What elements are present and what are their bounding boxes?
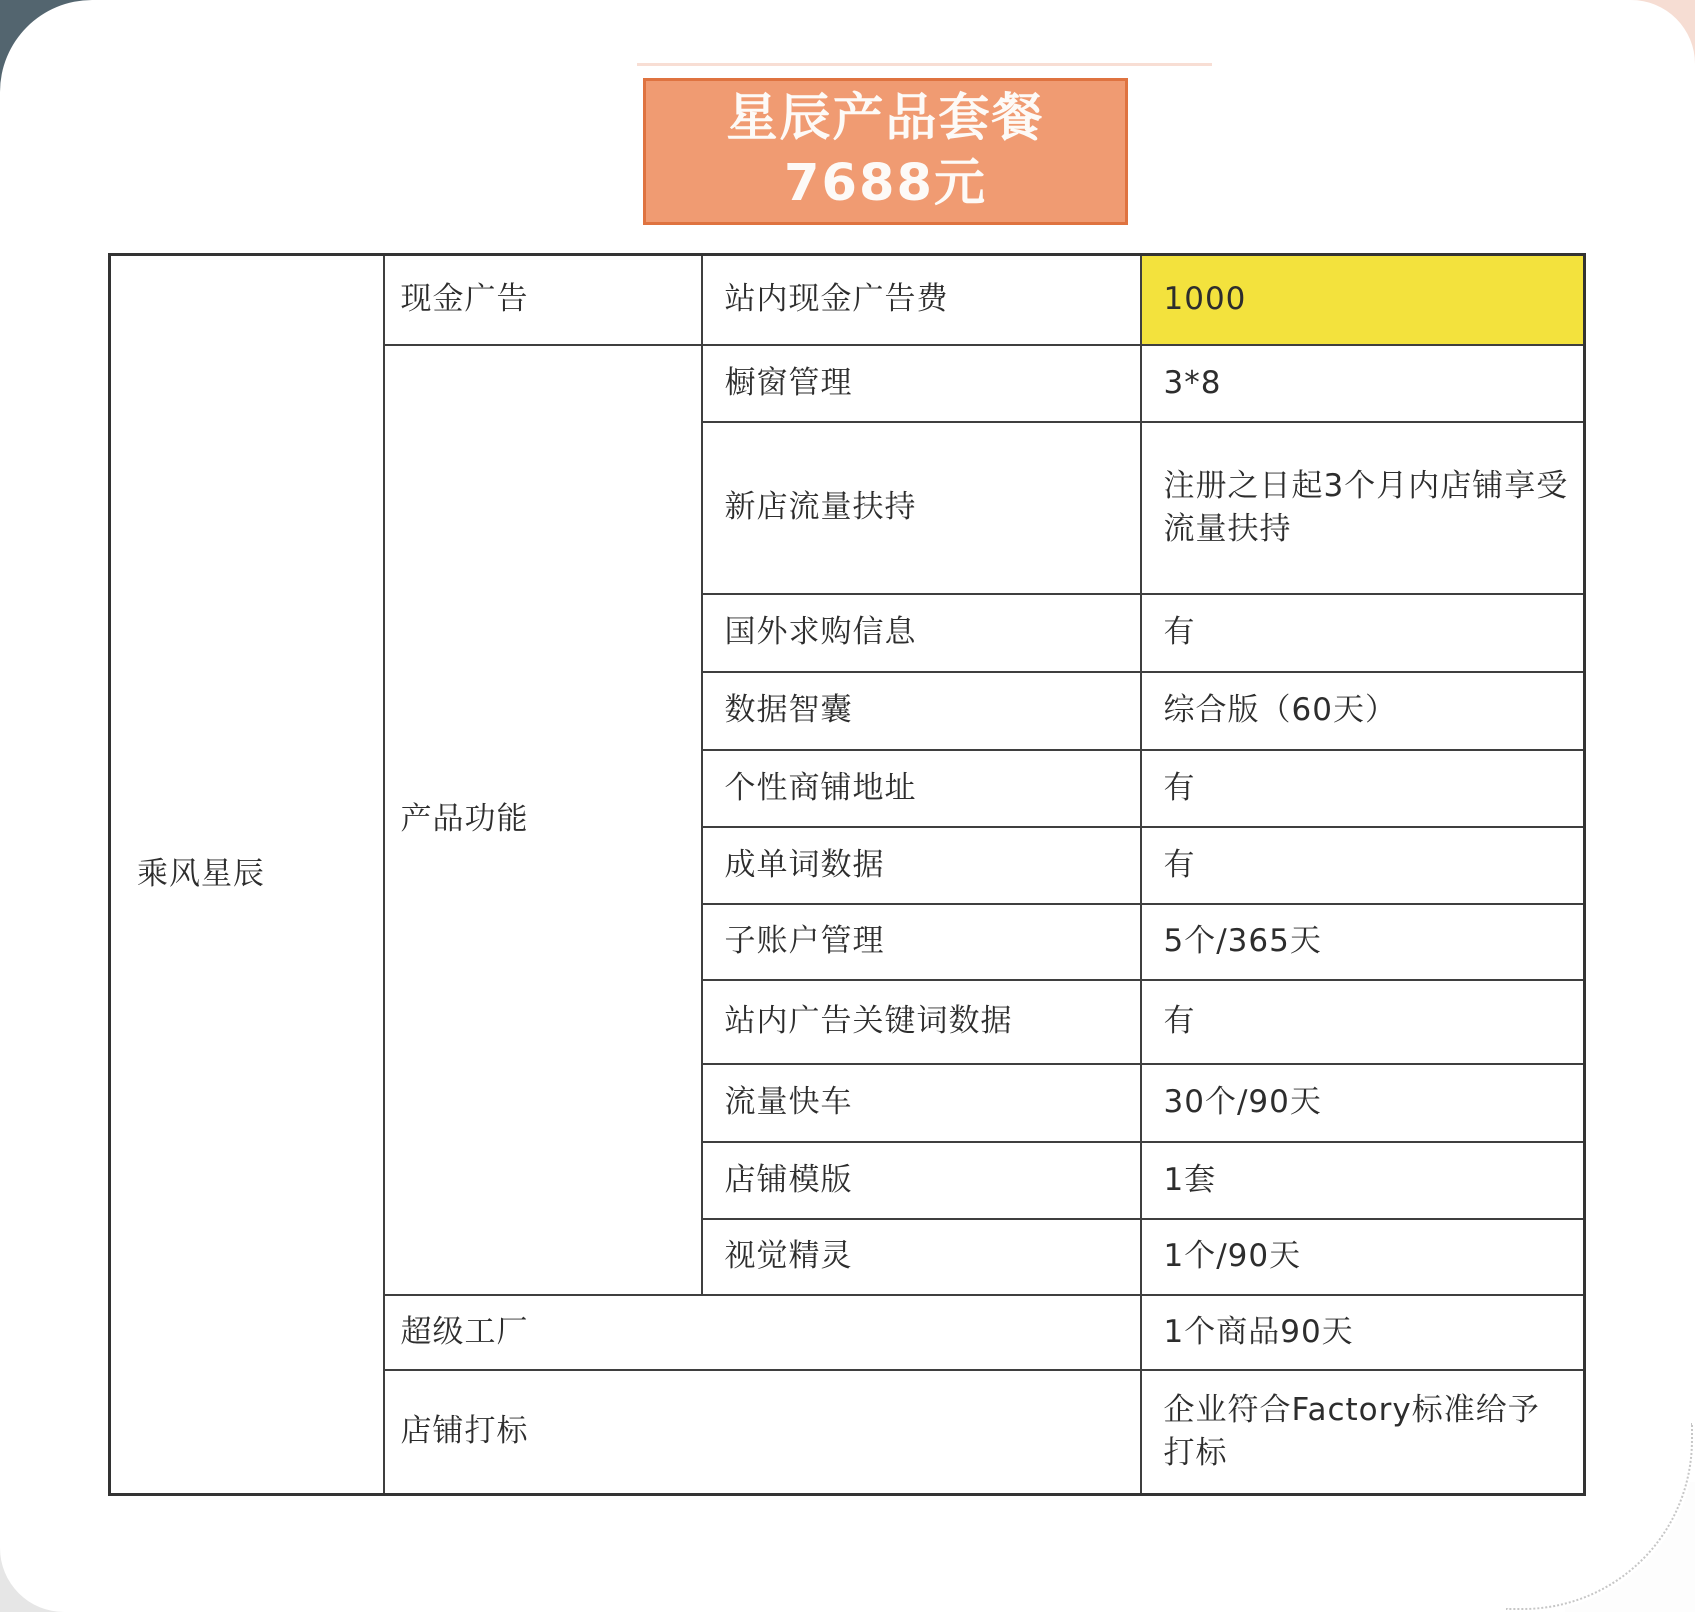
feature-cell: 站内现金广告费 xyxy=(702,255,1141,345)
section-label-cell: 现金广告 xyxy=(384,255,702,345)
value-cell: 1个/90天 xyxy=(1141,1219,1585,1295)
feature-cell: 成单词数据 xyxy=(702,827,1141,904)
value-cell: 1套 xyxy=(1141,1142,1585,1219)
feature-cell: 国外求购信息 xyxy=(702,594,1141,672)
feature-cell: 数据智囊 xyxy=(702,672,1141,750)
value-cell: 有 xyxy=(1141,827,1585,904)
feature-cell: 店铺模版 xyxy=(702,1142,1141,1219)
value-cell: 有 xyxy=(1141,980,1585,1064)
value-cell: 3*8 xyxy=(1141,345,1585,422)
value-cell: 综合版（60天） xyxy=(1141,672,1585,750)
package-price: 7688元 xyxy=(784,152,987,216)
value-cell: 注册之日起3个月内店铺享受流量扶持 xyxy=(1141,422,1585,594)
package-title-banner: 星辰产品套餐 7688元 xyxy=(643,78,1128,225)
value-cell-highlighted: 1000 xyxy=(1141,255,1585,345)
feature-cell: 站内广告关键词数据 xyxy=(702,980,1141,1064)
value-cell: 企业符合Factory标准给予打标 xyxy=(1141,1370,1585,1495)
value-cell: 有 xyxy=(1141,750,1585,827)
feature-cell: 视觉精灵 xyxy=(702,1219,1141,1295)
package-table: 乘风星辰 现金广告 站内现金广告费 1000 产品功能 橱窗管理 3*8 新店流… xyxy=(108,253,1586,1496)
feature-cell: 子账户管理 xyxy=(702,904,1141,980)
section-label-cell: 店铺打标 xyxy=(384,1370,1141,1495)
section-label-cell: 超级工厂 xyxy=(384,1295,1141,1370)
value-cell: 30个/90天 xyxy=(1141,1064,1585,1142)
value-cell: 1个商品90天 xyxy=(1141,1295,1585,1370)
value-cell: 有 xyxy=(1141,594,1585,672)
feature-cell: 个性商铺地址 xyxy=(702,750,1141,827)
value-cell: 5个/365天 xyxy=(1141,904,1585,980)
package-title: 星辰产品套餐 xyxy=(726,87,1044,151)
feature-cell: 新店流量扶持 xyxy=(702,422,1141,594)
feature-cell: 橱窗管理 xyxy=(702,345,1141,422)
group-cell: 乘风星辰 xyxy=(110,255,384,1495)
page-canvas: 星辰产品套餐 7688元 乘风星辰 现金广告 站内现金广告费 1000 产品功能… xyxy=(0,0,1695,1612)
table-row: 乘风星辰 现金广告 站内现金广告费 1000 xyxy=(110,255,1585,345)
section-label-cell: 产品功能 xyxy=(384,345,702,1295)
feature-cell: 流量快车 xyxy=(702,1064,1141,1142)
top-accent-line xyxy=(637,63,1212,66)
